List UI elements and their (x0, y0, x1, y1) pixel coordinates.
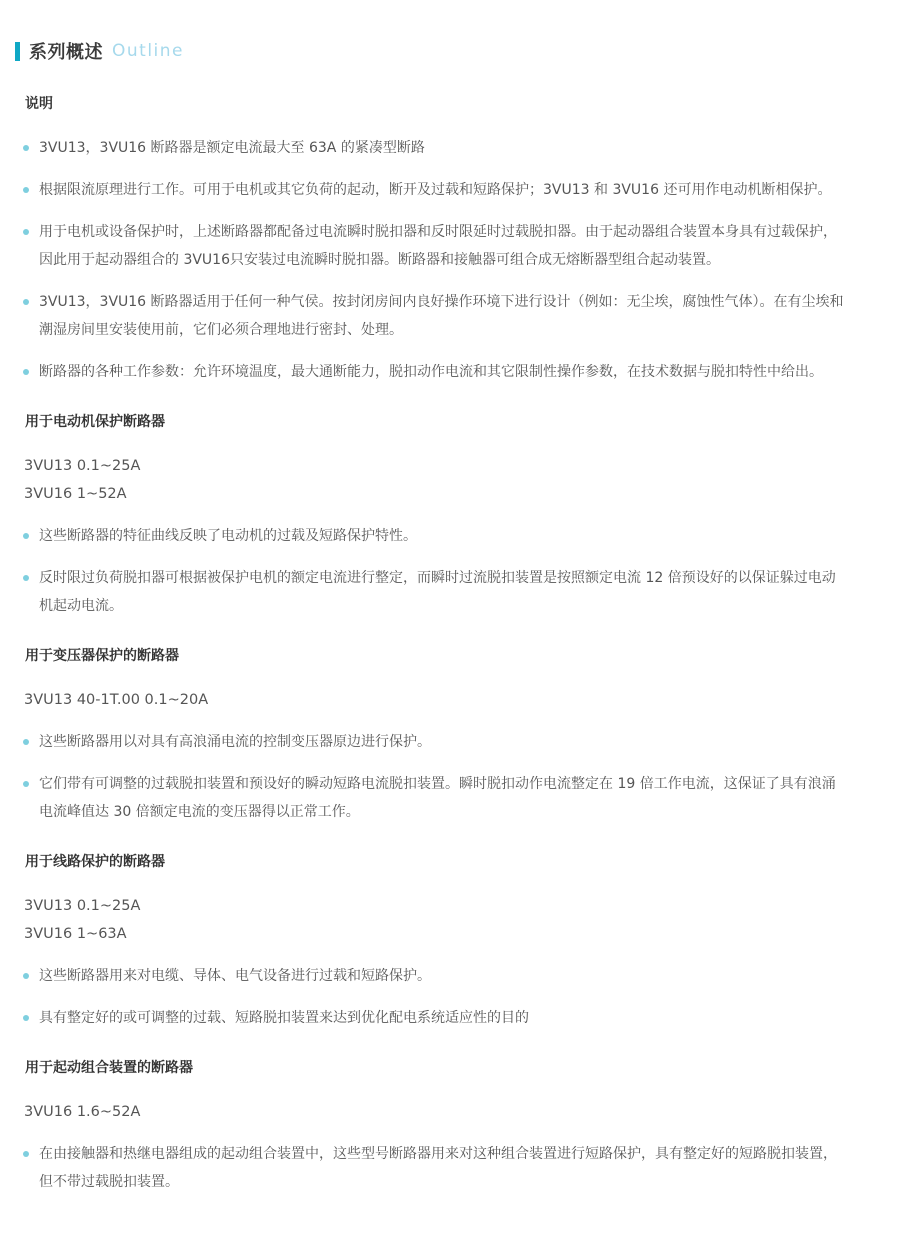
bullet-text: 断路器的各种工作参数：允许环境温度，最大通断能力，脱扣动作电流和其它限制性操作参… (39, 358, 845, 386)
section-heading: 用于起动组合装置的断路器 (25, 1058, 845, 1078)
model-list: 3VU13 0.1~25A 3VU16 1~52A (24, 452, 845, 508)
bullet-item: 这些断路器用来对电缆、导体、电气设备进行过载和短路保护。 (23, 962, 845, 990)
bullet-dot-icon (23, 145, 29, 151)
bullet-item: 反时限过负荷脱扣器可根据被保护电机的额定电流进行整定，而瞬时过流脱扣装置是按照额… (23, 564, 845, 620)
bullet-dot-icon (23, 739, 29, 745)
bullet-text: 根据限流原理进行工作。可用于电机或其它负荷的起动，断开及过载和短路保护；3VU1… (39, 176, 845, 204)
bullet-item: 断路器的各种工作参数：允许环境温度，最大通断能力，脱扣动作电流和其它限制性操作参… (23, 358, 845, 386)
bullet-text: 3VU13，3VU16 断路器是额定电流最大至 63A 的紧凑型断路 (39, 134, 845, 162)
bullet-text: 在由接触器和热继电器组成的起动组合装置中，这些型号断路器用来对这种组合装置进行短… (39, 1140, 845, 1196)
section-heading: 说明 (25, 94, 845, 114)
bullet-item: 3VU13，3VU16 断路器是额定电流最大至 63A 的紧凑型断路 (23, 134, 845, 162)
page-title: 系列概述 (29, 38, 103, 64)
page-header: 系列概述 Outline (15, 38, 845, 64)
section-heading: 用于变压器保护的断路器 (25, 646, 845, 666)
bullet-text: 这些断路器用以对具有高浪涌电流的控制变压器原边进行保护。 (39, 728, 845, 756)
section-transformer-protection: 用于变压器保护的断路器 3VU13 40-1T.00 0.1~20A 这些断路器… (15, 646, 845, 826)
bullet-text: 反时限过负荷脱扣器可根据被保护电机的额定电流进行整定，而瞬时过流脱扣装置是按照额… (39, 564, 845, 620)
bullet-dot-icon (23, 369, 29, 375)
model-list: 3VU13 0.1~25A 3VU16 1~63A (24, 892, 845, 948)
model-line: 3VU13 40-1T.00 0.1~20A (24, 686, 845, 714)
bullet-dot-icon (23, 299, 29, 305)
bullet-text: 3VU13，3VU16 断路器适用于任何一种气侯。按封闭房间内良好操作环境下进行… (39, 288, 845, 344)
bullet-text: 这些断路器用来对电缆、导体、电气设备进行过载和短路保护。 (39, 962, 845, 990)
bullet-item: 这些断路器用以对具有高浪涌电流的控制变压器原边进行保护。 (23, 728, 845, 756)
model-line: 3VU13 0.1~25A (24, 452, 845, 480)
section-description: 说明 3VU13，3VU16 断路器是额定电流最大至 63A 的紧凑型断路 根据… (15, 94, 845, 386)
bullet-dot-icon (23, 1015, 29, 1021)
bullet-item: 在由接触器和热继电器组成的起动组合装置中，这些型号断路器用来对这种组合装置进行短… (23, 1140, 845, 1196)
model-line: 3VU16 1~52A (24, 480, 845, 508)
bullet-text: 用于电机或设备保护时，上述断路器都配备过电流瞬时脱扣器和反时限延时过载脱扣器。由… (39, 218, 845, 274)
document-page: 系列概述 Outline 说明 3VU13，3VU16 断路器是额定电流最大至 … (0, 0, 900, 1236)
bullet-list: 3VU13，3VU16 断路器是额定电流最大至 63A 的紧凑型断路 根据限流原… (23, 134, 845, 386)
bullet-text: 它们带有可调整的过载脱扣装置和预设好的瞬动短路电流脱扣装置。瞬时脱扣动作电流整定… (39, 770, 845, 826)
model-line: 3VU16 1~63A (24, 920, 845, 948)
bullet-dot-icon (23, 1151, 29, 1157)
bullet-list: 这些断路器的特征曲线反映了电动机的过载及短路保护特性。 反时限过负荷脱扣器可根据… (23, 522, 845, 620)
bullet-item: 这些断路器的特征曲线反映了电动机的过载及短路保护特性。 (23, 522, 845, 550)
bullet-item: 根据限流原理进行工作。可用于电机或其它负荷的起动，断开及过载和短路保护；3VU1… (23, 176, 845, 204)
accent-bar-icon (15, 42, 20, 61)
model-line: 3VU13 0.1~25A (24, 892, 845, 920)
bullet-text: 这些断路器的特征曲线反映了电动机的过载及短路保护特性。 (39, 522, 845, 550)
section-heading: 用于线路保护的断路器 (25, 852, 845, 872)
bullet-text: 具有整定好的或可调整的过载、短路脱扣装置来达到优化配电系统适应性的目的 (39, 1004, 845, 1032)
section-motor-protection: 用于电动机保护断路器 3VU13 0.1~25A 3VU16 1~52A 这些断… (15, 412, 845, 620)
bullet-dot-icon (23, 973, 29, 979)
model-list: 3VU16 1.6~52A (24, 1098, 845, 1126)
bullet-list: 这些断路器用来对电缆、导体、电气设备进行过载和短路保护。 具有整定好的或可调整的… (23, 962, 845, 1032)
bullet-list: 这些断路器用以对具有高浪涌电流的控制变压器原边进行保护。 它们带有可调整的过载脱… (23, 728, 845, 826)
section-starter-combination: 用于起动组合装置的断路器 3VU16 1.6~52A 在由接触器和热继电器组成的… (15, 1058, 845, 1196)
bullet-item: 用于电机或设备保护时，上述断路器都配备过电流瞬时脱扣器和反时限延时过载脱扣器。由… (23, 218, 845, 274)
bullet-item: 具有整定好的或可调整的过载、短路脱扣装置来达到优化配电系统适应性的目的 (23, 1004, 845, 1032)
bullet-list: 在由接触器和热继电器组成的起动组合装置中，这些型号断路器用来对这种组合装置进行短… (23, 1140, 845, 1196)
model-line: 3VU16 1.6~52A (24, 1098, 845, 1126)
section-heading: 用于电动机保护断路器 (25, 412, 845, 432)
bullet-dot-icon (23, 575, 29, 581)
page-subtitle: Outline (112, 41, 184, 61)
bullet-dot-icon (23, 187, 29, 193)
model-list: 3VU13 40-1T.00 0.1~20A (24, 686, 845, 714)
bullet-dot-icon (23, 229, 29, 235)
section-line-protection: 用于线路保护的断路器 3VU13 0.1~25A 3VU16 1~63A 这些断… (15, 852, 845, 1032)
bullet-item: 它们带有可调整的过载脱扣装置和预设好的瞬动短路电流脱扣装置。瞬时脱扣动作电流整定… (23, 770, 845, 826)
bullet-dot-icon (23, 533, 29, 539)
bullet-dot-icon (23, 781, 29, 787)
bullet-item: 3VU13，3VU16 断路器适用于任何一种气侯。按封闭房间内良好操作环境下进行… (23, 288, 845, 344)
